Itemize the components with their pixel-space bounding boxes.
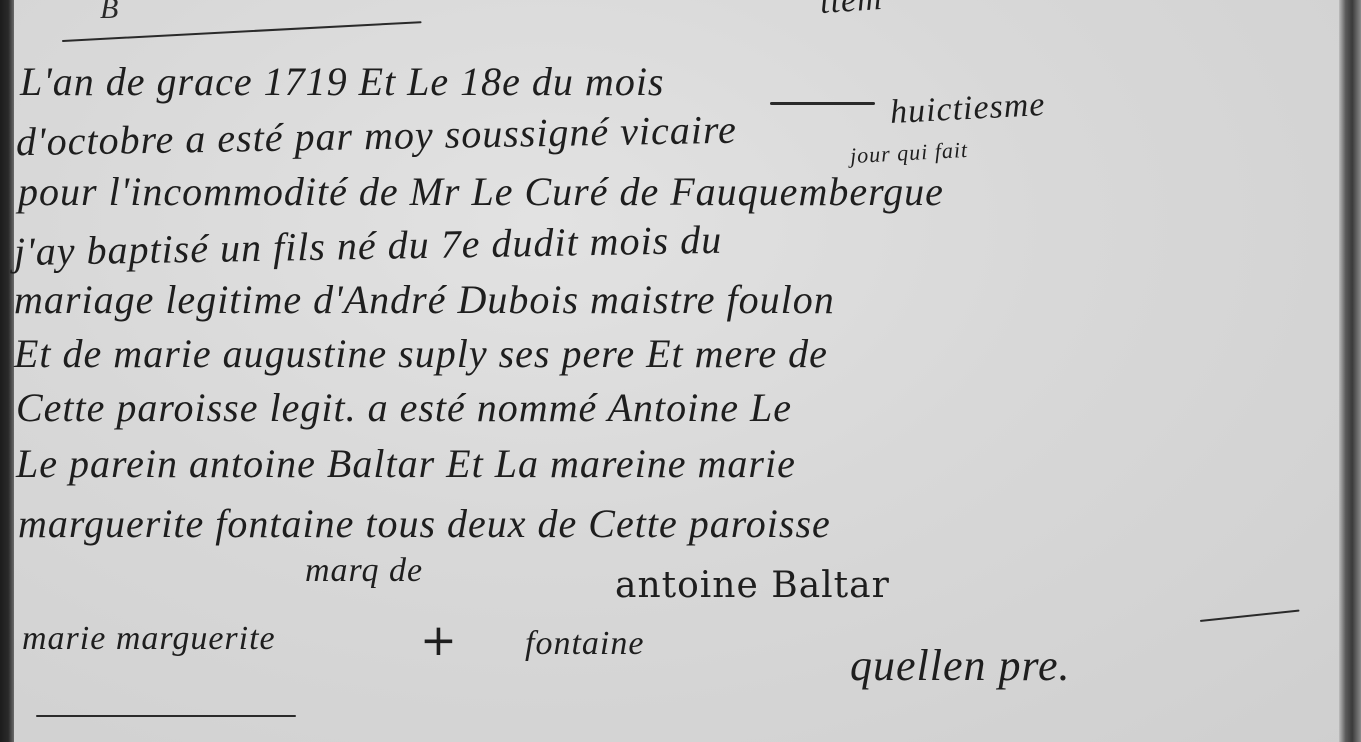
line-1: L'an de grace 1719 Et Le 18e du mois [20,58,665,105]
priest-flourish [1200,610,1300,622]
signature-godfather: antoine Baltar [615,565,890,606]
superscript-jour-qui-fait: jour qui fait [849,137,968,169]
mark-label: marq de [305,552,423,590]
binding-shadow-right [1339,0,1361,742]
line-8: Le parein antoine Baltar Et La mareine m… [16,440,796,487]
line-2: d'octobre a esté par moy soussigné vicai… [16,106,738,166]
line-9: marguerite fontaine tous deux de Cette p… [18,500,831,547]
margin-mark: B [100,0,118,26]
line-5: mariage legitime d'André Dubois maistre … [14,276,835,323]
register-page: B ttem L'an de grace 1719 Et Le 18e du m… [0,0,1361,742]
line-4: j'ay baptisé un fils né du 7e dudit mois… [14,216,723,275]
signature-priest: quellen pre. [850,640,1071,691]
top-fragment: ttem [819,0,884,22]
signature-godmother-surname: fontaine [525,625,644,663]
line-7: Cette paroisse legit. a esté nommé Antoi… [16,384,792,431]
cross-mark-icon: + [420,615,457,666]
date-underline [770,102,875,105]
line-3: pour l'incommodité de Mr Le Curé de Fauq… [18,168,944,215]
superscript-huictiesme: huictiesme [889,86,1046,132]
signature-godmother-name: marie marguerite [22,620,276,658]
binding-shadow-left [0,0,14,742]
bottom-rule [36,715,296,717]
line-6: Et de marie augustine suply ses pere Et … [14,330,828,377]
